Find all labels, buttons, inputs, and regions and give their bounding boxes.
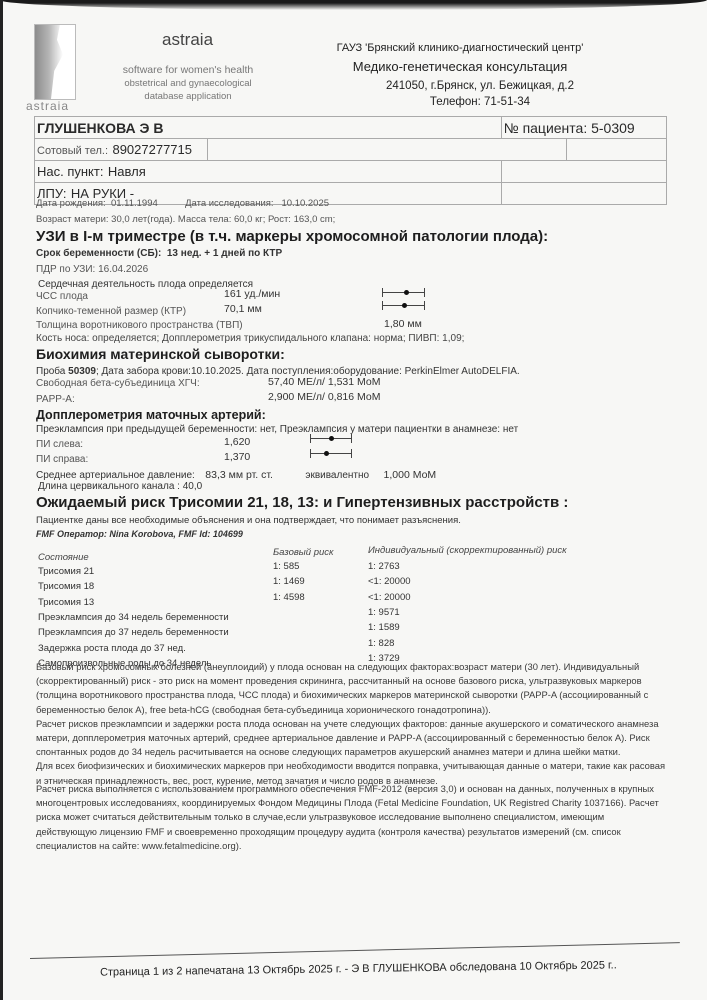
fhr-value: 161 уд./мин <box>224 288 280 300</box>
pi-right-range-indicator <box>310 449 352 458</box>
hcg-label: Свободная бета-субъединица ХГЧ: <box>36 378 200 389</box>
risk-condition: Преэклампсия до 34 недель беременности <box>38 612 229 623</box>
mother-stats: Возраст матери: 30,0 лет(года). Масса те… <box>36 214 335 225</box>
brand-name: astraia <box>162 30 213 50</box>
risk-title: Ожидаемый риск Трисомии 21, 18, 13: и Ги… <box>36 494 568 511</box>
paragraph-line: (скорректированный) риск - это риск на м… <box>36 674 676 688</box>
risk-individual-value: 1: 9571 <box>368 607 400 618</box>
pi-left-label: ПИ слева: <box>36 439 83 450</box>
crl-label: Копчико-теменной размер (КТР) <box>36 306 186 317</box>
institution-block: ГАУЗ 'Брянский клинико-диагностический ц… <box>290 40 630 110</box>
nt-value: 1,80 мм <box>384 318 422 330</box>
paragraph-line: специалистов на сайте: www.fetalmedicine… <box>36 839 676 853</box>
paragraph-line: риска может считаться действительным тол… <box>36 810 676 824</box>
risk-condition: Трисомия 13 <box>38 597 94 608</box>
report-page: astraia astraia software for women's hea… <box>0 0 707 1000</box>
risk-base-value: 1: 1469 <box>273 576 305 587</box>
page-footer: Страница 1 из 2 напечатана 13 Октябрь 20… <box>100 959 617 978</box>
gestational-age: Срок беременности (СБ): 13 нед. + 1 дней… <box>36 248 282 259</box>
risk-individual-value: 1: 2763 <box>368 561 400 572</box>
risk-individual-value: <1: 20000 <box>368 576 411 587</box>
paragraph-line: Расчет рисков преэклампсии и задержки ро… <box>36 717 676 731</box>
fhr-range-indicator <box>382 288 425 297</box>
footer-divider <box>30 942 680 959</box>
pi-left-range-indicator <box>310 434 352 443</box>
paragraph-line: беременностью белок А), free beta-hCG (с… <box>36 703 676 717</box>
paragraph-line: (толщина воротникового пространства плод… <box>36 688 676 702</box>
institution-name: ГАУЗ 'Брянский клинико-диагностический ц… <box>290 40 630 56</box>
risk-condition: Преэклампсия до 37 недель беременности <box>38 627 229 638</box>
cervical-length: Длина цервикального канала : 40,0 <box>38 481 202 492</box>
risk-condition: Задержка роста плода до 37 нед. <box>38 643 186 654</box>
address: 241050, г.Брянск, ул. Бежицкая, д.2 <box>290 78 630 94</box>
paragraph-line: спонтанных родов до 34 недель расчитывае… <box>36 745 676 759</box>
brand-tagline: software for women's health obstetrical … <box>108 64 268 103</box>
heart-activity: Сердечная деятельность плода определяетс… <box>38 279 253 290</box>
col-base-risk: Базовый риск <box>273 547 334 558</box>
risk-condition: Трисомия 21 <box>38 566 94 577</box>
paragraph-line: Для всех биофизических и биохимических м… <box>36 759 676 773</box>
phone: Телефон: 71-51-34 <box>290 94 630 110</box>
explanation-text: Базовый риск хромосомных болезней (анеуп… <box>36 660 676 788</box>
paragraph-line: Расчет риска выполняется с использование… <box>36 782 676 796</box>
fmf-operator: FMF Оператор: Nina Korobova, FMF Id: 104… <box>36 529 243 539</box>
crl-range-indicator <box>382 301 425 310</box>
preeclampsia-history: Преэклампсия при предыдущей беременности… <box>36 424 518 435</box>
disclaimer-text: Расчет риска выполняется с использование… <box>36 782 676 853</box>
risk-individual-value: 1: 1589 <box>368 622 400 633</box>
hcg-value: 57,40 МЕ/л/ 1,531 МоМ <box>268 376 380 388</box>
nt-label: Толщина воротникового пространства (ТВП) <box>36 320 243 331</box>
risk-individual-value: <1: 20000 <box>368 592 411 603</box>
col-individual-risk: Индивидуальный (скорректированный) риск <box>368 545 567 556</box>
edd: ПДР по УЗИ: 16.04.2026 <box>36 264 148 275</box>
risk-base-value: 1: 4598 <box>273 592 305 603</box>
risk-base-value: 1: 585 <box>273 561 299 572</box>
pappa-label: PAPP-A: <box>36 394 75 405</box>
paragraph-line: многоцентровых исследованиях, координиру… <box>36 796 676 810</box>
risk-individual-value: 1: 828 <box>368 638 394 649</box>
nasal-bone-line: Кость носа: определяется; Допплерометрия… <box>36 333 464 344</box>
paragraph-line: матери, допплерометрия маточных артерий,… <box>36 731 676 745</box>
ultrasound-title: УЗИ в I-м триместре (в т.ч. маркеры хром… <box>36 228 548 245</box>
fhr-label: ЧСС плода <box>36 291 88 302</box>
dates-line: Дата рождения: 01.11.1994 Дата исследова… <box>36 198 329 209</box>
patient-info-table: ГЛУШЕНКОВА Э В № пациента: 5-0309 Сотовы… <box>34 116 667 205</box>
locality: Нас. пункт: Навля <box>35 161 502 183</box>
department: Медико-генетическая консультация <box>290 56 630 78</box>
pi-right-label: ПИ справа: <box>36 454 88 465</box>
patient-number: № пациента: 5-0309 <box>501 117 666 139</box>
logo-wordmark: astraia <box>26 99 69 113</box>
paragraph-line: действующую лицензию FMF и своевременно … <box>36 825 676 839</box>
crl-value: 70,1 мм <box>224 303 262 315</box>
risk-condition: Трисомия 18 <box>38 581 94 592</box>
paragraph-line: Базовый риск хромосомных болезней (анеуп… <box>36 660 676 674</box>
col-condition: Состояние <box>38 552 89 563</box>
astraia-logo-icon <box>34 24 76 100</box>
pi-left-value: 1,620 <box>224 436 250 448</box>
pi-right-value: 1,370 <box>224 451 250 463</box>
cell-phone: Сотовый тел.: 89027277715 <box>35 139 208 161</box>
pappa-value: 2,900 МЕ/л/ 0,816 МоМ <box>268 391 380 403</box>
consent-text: Пациентке даны все необходимые объяснени… <box>36 515 461 526</box>
doppler-title: Допплерометрия маточных артерий: <box>36 408 266 422</box>
biochem-title: Биохимия материнской сыворотки: <box>36 346 285 362</box>
patient-name: ГЛУШЕНКОВА Э В <box>35 117 502 139</box>
